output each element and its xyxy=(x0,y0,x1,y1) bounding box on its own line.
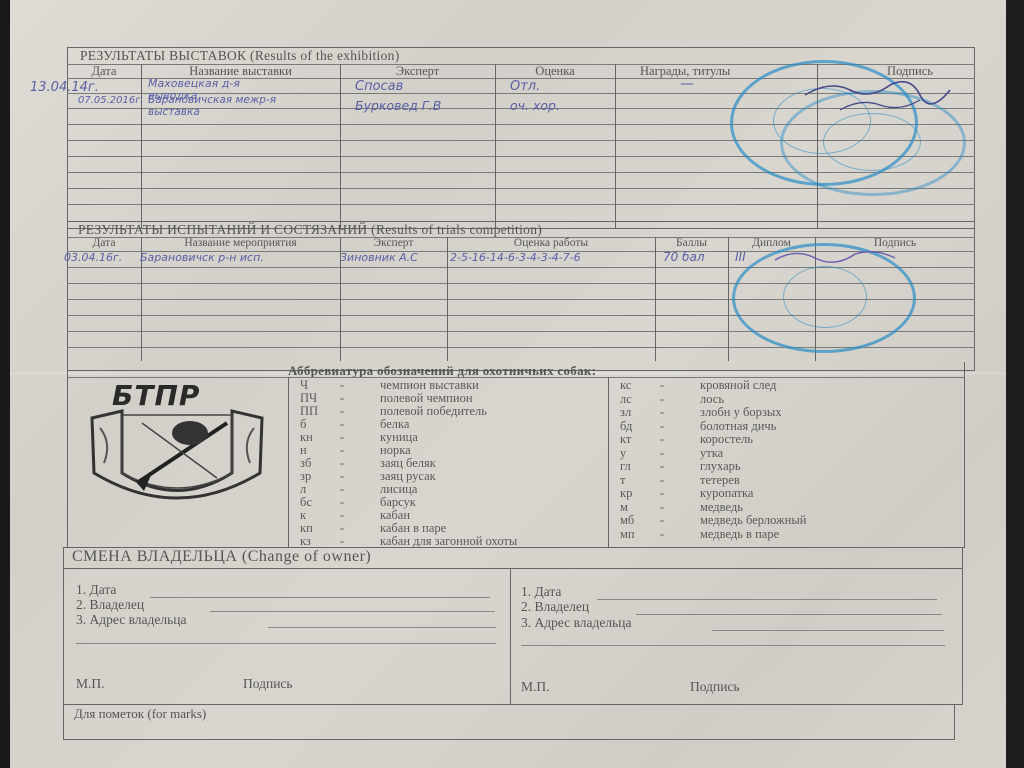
owner1-date-field[interactable] xyxy=(150,597,490,598)
exhibition-row2-grade: оч. хор. xyxy=(510,98,560,113)
abbr-meaning: кабан для загонной охоты xyxy=(380,534,517,548)
owner1-mp-label: М.П. xyxy=(76,676,105,692)
abbr-dash: - xyxy=(660,527,700,542)
col-divider xyxy=(447,237,448,361)
trials-row1-expert: Зиновник А.С xyxy=(340,251,418,264)
exhibition-title: РЕЗУЛЬТАТЫ ВЫСТАВОК (Results of the exhi… xyxy=(80,48,400,64)
abbr-meaning: болотная дичь xyxy=(700,419,776,433)
owner2-date-label: 1. Дата xyxy=(521,584,561,600)
col-grade: Оценка xyxy=(495,64,615,79)
col-divider xyxy=(141,64,142,229)
abbr-meaning: белка xyxy=(380,417,409,431)
stamp-inner-ring xyxy=(783,266,867,328)
abbr-meaning: куропатка xyxy=(700,486,753,500)
col-event-name: Название мероприятия xyxy=(141,237,340,249)
col-expert: Эксперт xyxy=(340,64,495,79)
col-date: Дата xyxy=(67,64,141,79)
abbr-meaning: заяц русак xyxy=(380,469,436,483)
abbr-meaning: заяц беляк xyxy=(380,456,436,470)
abbr-meaning: полевой чемпион xyxy=(380,391,473,405)
owner1-owner-field[interactable] xyxy=(210,611,495,612)
owner2-owner-label: 2. Владелец xyxy=(521,599,589,615)
background-right xyxy=(1004,0,1024,768)
col-divider xyxy=(495,64,496,229)
abbr-meaning: коростель xyxy=(700,432,753,446)
abbr-meaning: кабан в паре xyxy=(380,521,446,535)
col-divider xyxy=(510,568,511,705)
col-points: Баллы xyxy=(655,237,728,249)
col-work-grade: Оценка работы xyxy=(447,237,655,249)
btpr-logo: БТПР xyxy=(82,375,272,500)
signature-scribble xyxy=(800,70,960,120)
stamp-inner-ring xyxy=(823,113,921,171)
abbr-meaning: лисица xyxy=(380,482,417,496)
abbr-meaning: медведь берложный xyxy=(700,513,806,527)
col-divider xyxy=(608,377,609,548)
owner2-address-label: 3. Адрес владельца xyxy=(521,615,631,631)
owner-change-box xyxy=(63,547,963,705)
owner2-date-field[interactable] xyxy=(597,599,937,600)
exhibition-row2-date: 07.05.2016г. xyxy=(78,95,138,106)
col-divider xyxy=(615,64,616,229)
trials-row1-name: Барановичск р-н исп. xyxy=(140,251,264,264)
owner2-mp-label: М.П. xyxy=(521,679,550,695)
col-date: Дата xyxy=(67,237,141,249)
abbr-meaning: медведь xyxy=(700,500,743,514)
exhibition-row2-expert: Бурковед Г.В xyxy=(355,98,441,113)
trials-row1-date: 03.04.16г. xyxy=(64,251,122,264)
abbr-item: мп-медведь в паре xyxy=(620,527,779,542)
owner2-owner-field[interactable] xyxy=(636,614,942,615)
abbr-meaning: чемпион выставки xyxy=(380,378,479,392)
exhibition-row1-expert: Спосав xyxy=(355,79,403,94)
exhibition-row1-date: 13.04.14г. xyxy=(30,80,99,95)
abbr-meaning: лось xyxy=(700,392,724,406)
signature-scribble xyxy=(770,246,900,268)
abbr-meaning: куница xyxy=(380,430,418,444)
abbr-meaning: полевой победитель xyxy=(380,404,487,418)
owner1-sign-label: Подпись xyxy=(243,676,293,692)
abbr-meaning: кабан xyxy=(380,508,410,522)
trials-title: РЕЗУЛЬТАТЫ ИСПЫТАНИЙ И СОСТЯЗАНИЙ (Resul… xyxy=(78,222,542,238)
abbr-meaning: глухарь xyxy=(700,459,741,473)
owner1-address-field-2[interactable] xyxy=(76,643,496,644)
owner1-date-label: 1. Дата xyxy=(76,582,116,598)
col-divider xyxy=(340,64,341,229)
owner1-address-field[interactable] xyxy=(268,627,496,628)
exhibition-row1-grade: Отл. xyxy=(510,79,540,94)
divider xyxy=(63,568,963,569)
owner1-owner-label: 2. Владелец xyxy=(76,597,144,613)
marks-label: Для пометок (for marks) xyxy=(74,706,206,722)
abbr-meaning: утка xyxy=(700,446,723,460)
owner-change-title: СМЕНА ВЛАДЕЛЬЦА (Change of owner) xyxy=(72,548,371,566)
abbr-code: мп xyxy=(620,527,660,542)
owner2-address-field-2[interactable] xyxy=(521,645,945,646)
trials-row1-points: 70 бал xyxy=(663,250,705,264)
abbr-meaning: барсук xyxy=(380,495,416,509)
abbr-meaning: кровяной след xyxy=(700,378,776,392)
col-expert: Эксперт xyxy=(340,237,447,249)
divider xyxy=(67,204,975,205)
abbr-meaning: злобн у борзых xyxy=(700,405,782,419)
col-divider xyxy=(655,237,656,361)
exhibition-row2-name: Барановичская межр-я выставка xyxy=(148,94,298,118)
abbr-meaning: норка xyxy=(380,443,411,457)
coat-of-arms-icon xyxy=(82,403,272,503)
exhibition-row1-awards: — xyxy=(680,76,694,92)
col-divider xyxy=(728,237,729,361)
abbr-meaning: медведь в паре xyxy=(700,527,779,541)
trials-row1-diploma: III xyxy=(735,250,746,264)
col-divider xyxy=(288,377,289,548)
owner2-address-field[interactable] xyxy=(712,630,944,631)
owner2-sign-label: Подпись xyxy=(690,679,740,695)
trials-row1-work: 2-5-16-14-6-3-4-3-4-7-6 xyxy=(450,251,581,264)
owner1-address-label: 3. Адрес владельца xyxy=(76,612,186,628)
abbr-meaning: тетерев xyxy=(700,473,740,487)
